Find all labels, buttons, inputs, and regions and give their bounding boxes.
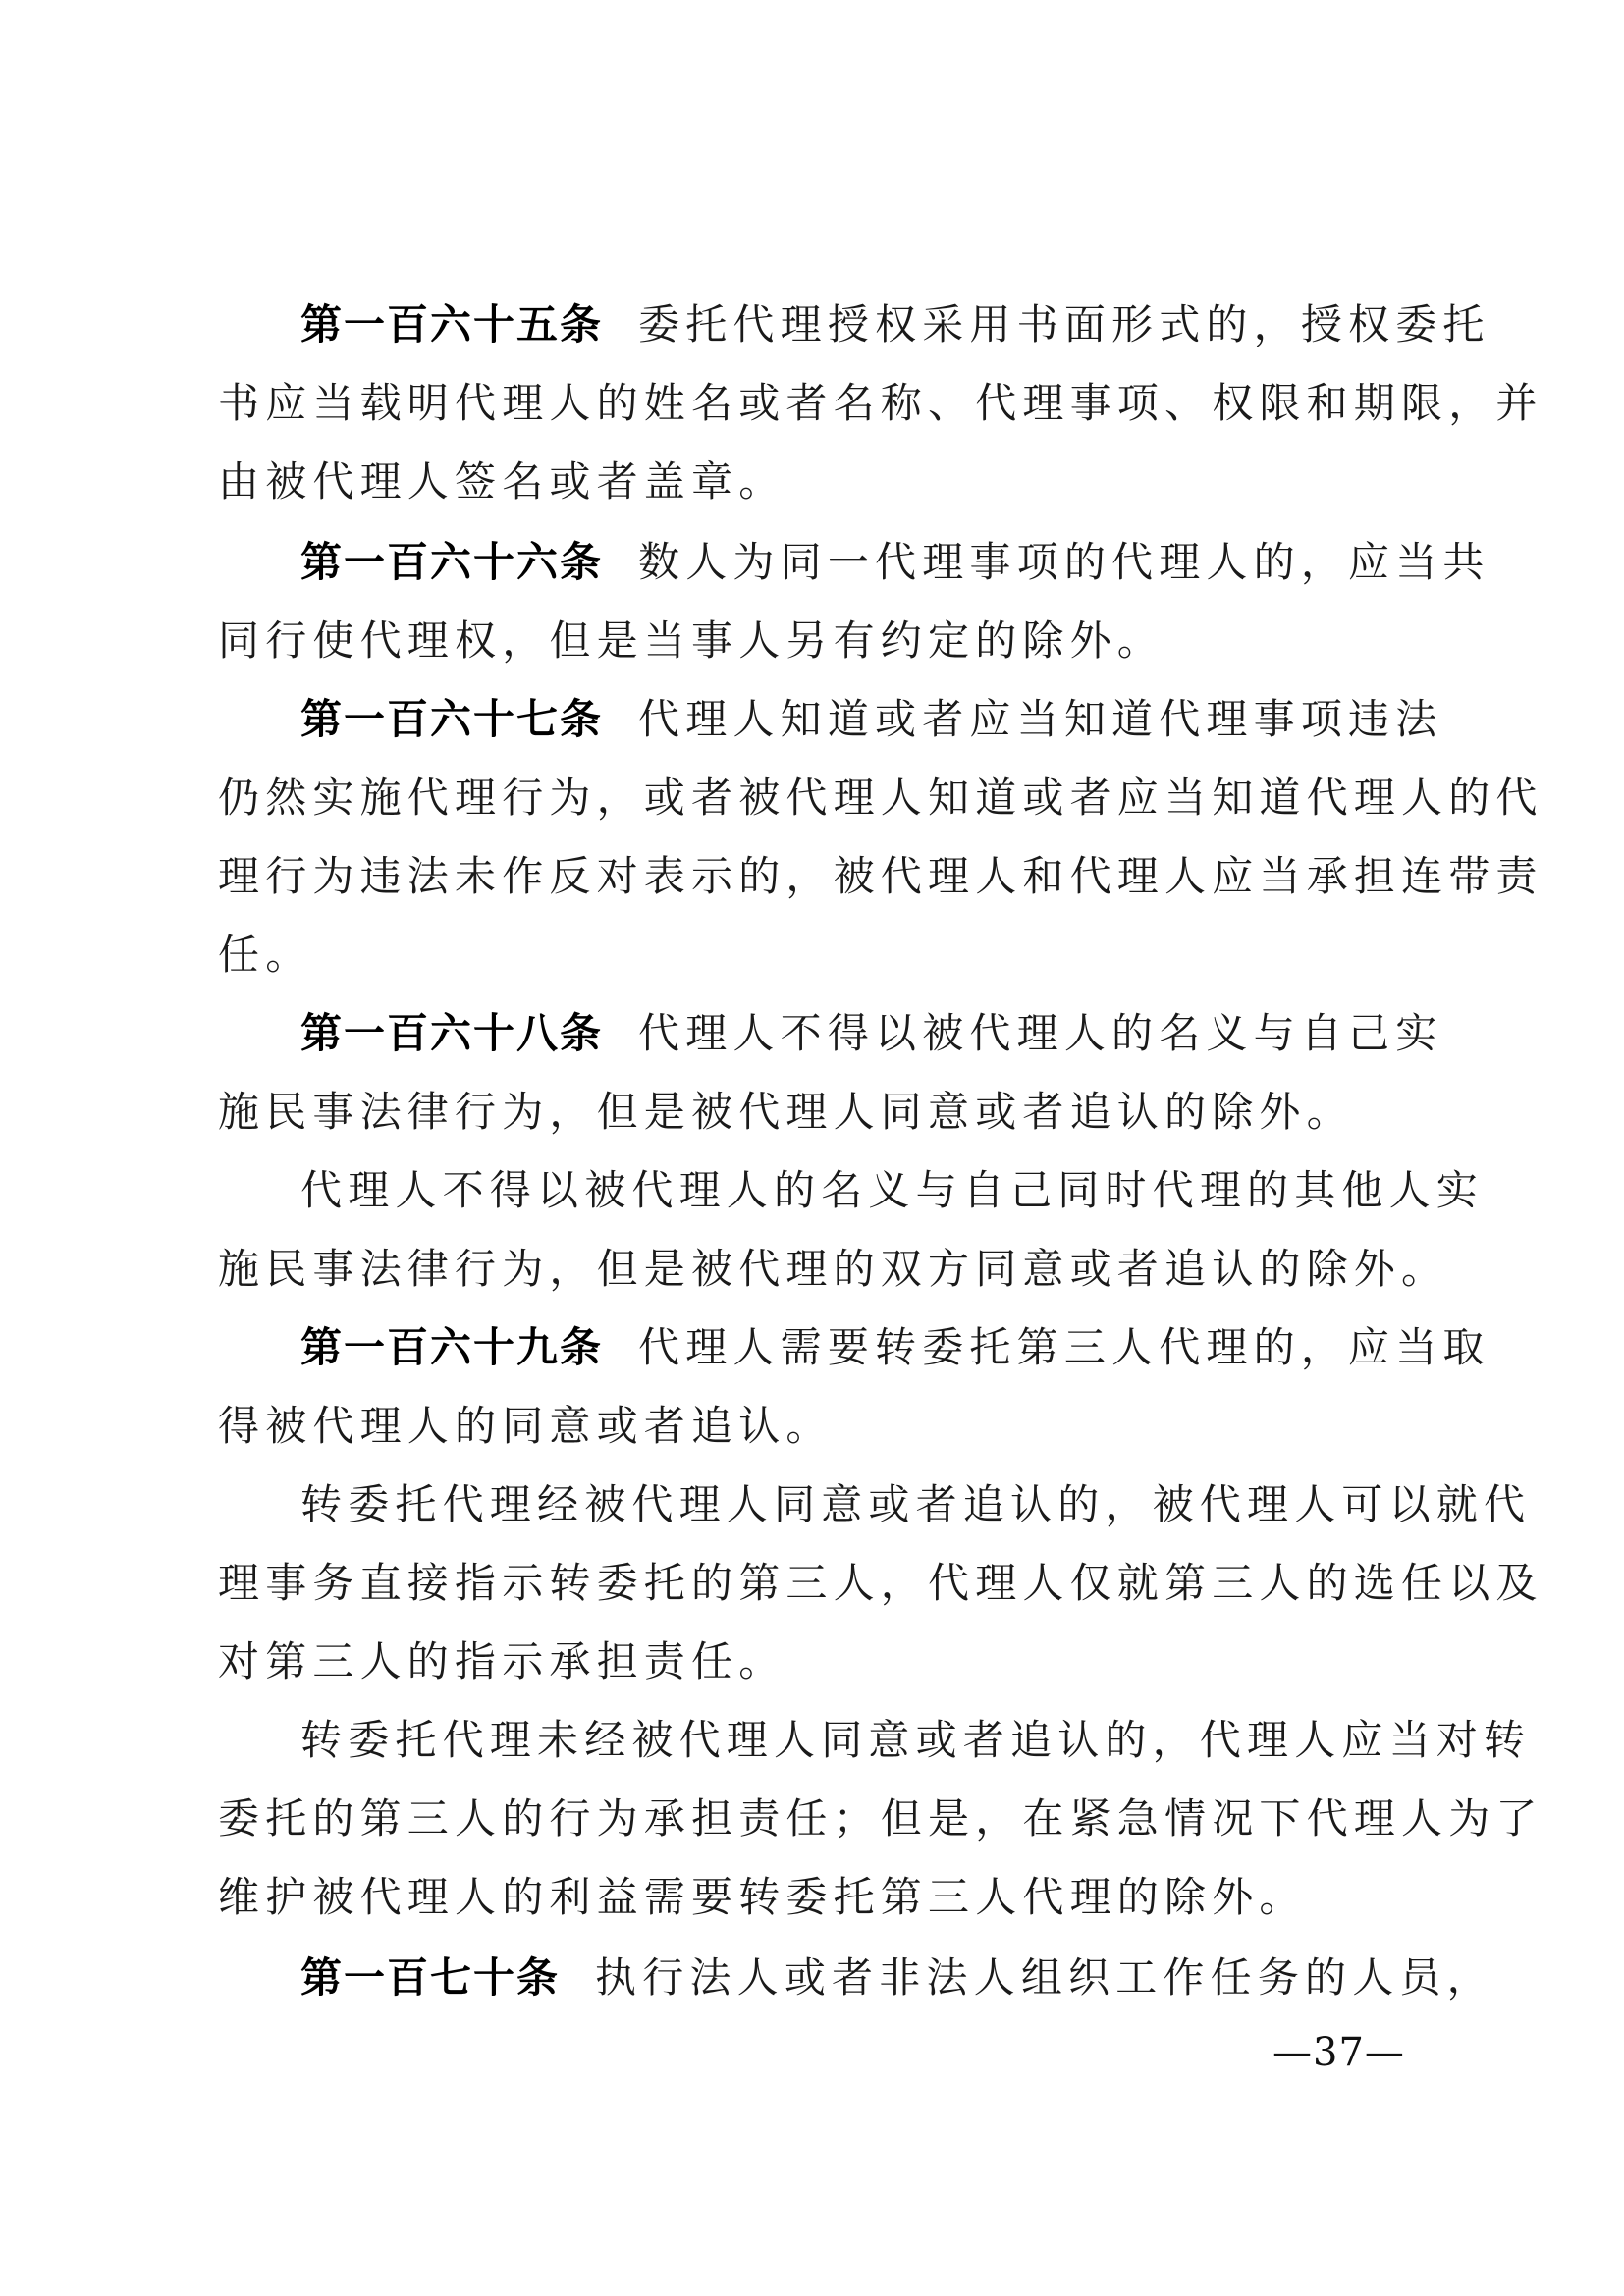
page-number: —37— (1272, 2030, 1405, 2075)
article-169-para3-line-1: 转委托代理未经被代理人同意或者追认的，代理人应当对转 (300, 1720, 1498, 1761)
article-169-para2-line-2: 理事务直接指示转委托的第三人，代理人仅就第三人的选任以及 (218, 1563, 1416, 1604)
article-text: 数人为同一代理事项的代理人的，应当共 (638, 538, 1490, 586)
article-text: 代理人需要转委托第三人代理的，应当取 (638, 1323, 1490, 1371)
document-page: 第一百六十五条委托代理授权采用书面形式的，授权委托 书应当载明代理人的姓名或者名… (0, 0, 1624, 2296)
article-167-line-2: 仍然实施代理行为，或者被代理人知道或者应当知道代理人的代 (218, 777, 1416, 819)
article-number: 第一百六十五条 (300, 300, 603, 348)
article-number: 第一百六十九条 (300, 1323, 603, 1371)
article-number: 第一百六十七条 (300, 695, 603, 743)
article-168-line-1: 第一百六十八条代理人不得以被代理人的名义与自己实 (300, 1013, 1498, 1054)
article-169-para2-line-3: 对第三人的指示承担责任。 (218, 1641, 1416, 1682)
article-165-line-2: 书应当载明代理人的姓名或者名称、代理事项、权限和期限，并 (218, 383, 1416, 424)
article-167-line-3: 理行为违法未作反对表示的，被代理人和代理人应当承担连带责 (218, 856, 1416, 897)
article-168-para2-line-1: 代理人不得以被代理人的名义与自己同时代理的其他人实 (300, 1170, 1498, 1211)
article-text: 委托代理授权采用书面形式的，授权委托 (638, 300, 1490, 348)
article-169-para3-line-3: 维护被代理人的利益需要转委托第三人代理的除外。 (218, 1877, 1416, 1918)
article-169-line-2: 得被代理人的同意或者追认。 (218, 1406, 1416, 1447)
article-number: 第一百七十条 (300, 1953, 560, 2002)
article-number: 第一百六十六条 (300, 538, 603, 586)
article-169-line-1: 第一百六十九条代理人需要转委托第三人代理的，应当取 (300, 1327, 1498, 1368)
article-170-line-1: 第一百七十条执行法人或者非法人组织工作任务的人员， (300, 1957, 1498, 1999)
article-167-line-4: 任。 (218, 934, 1416, 976)
article-166-line-1: 第一百六十六条数人为同一代理事项的代理人的，应当共 (300, 542, 1498, 583)
article-166-line-2: 同行使代理权，但是当事人另有约定的除外。 (218, 620, 1416, 662)
article-168-para2-line-2: 施民事法律行为，但是被代理的双方同意或者追认的除外。 (218, 1249, 1416, 1290)
article-167-line-1: 第一百六十七条代理人知道或者应当知道代理事项违法 (300, 699, 1498, 740)
article-169-para3-line-2: 委托的第三人的行为承担责任；但是，在紧急情况下代理人为了 (218, 1798, 1416, 1840)
article-text: 代理人不得以被代理人的名义与自己实 (638, 1009, 1442, 1057)
article-text: 代理人知道或者应当知道代理事项违法 (638, 695, 1442, 743)
article-168-line-2: 施民事法律行为，但是被代理人同意或者追认的除外。 (218, 1092, 1416, 1133)
article-text: 执行法人或者非法人组织工作任务的人员， (595, 1953, 1494, 2002)
article-number: 第一百六十八条 (300, 1009, 603, 1057)
article-165-line-3: 由被代理人签名或者盖章。 (218, 461, 1416, 503)
article-169-para2-line-1: 转委托代理经被代理人同意或者追认的，被代理人可以就代 (300, 1484, 1498, 1525)
article-165-line-1: 第一百六十五条委托代理授权采用书面形式的，授权委托 (300, 304, 1498, 346)
